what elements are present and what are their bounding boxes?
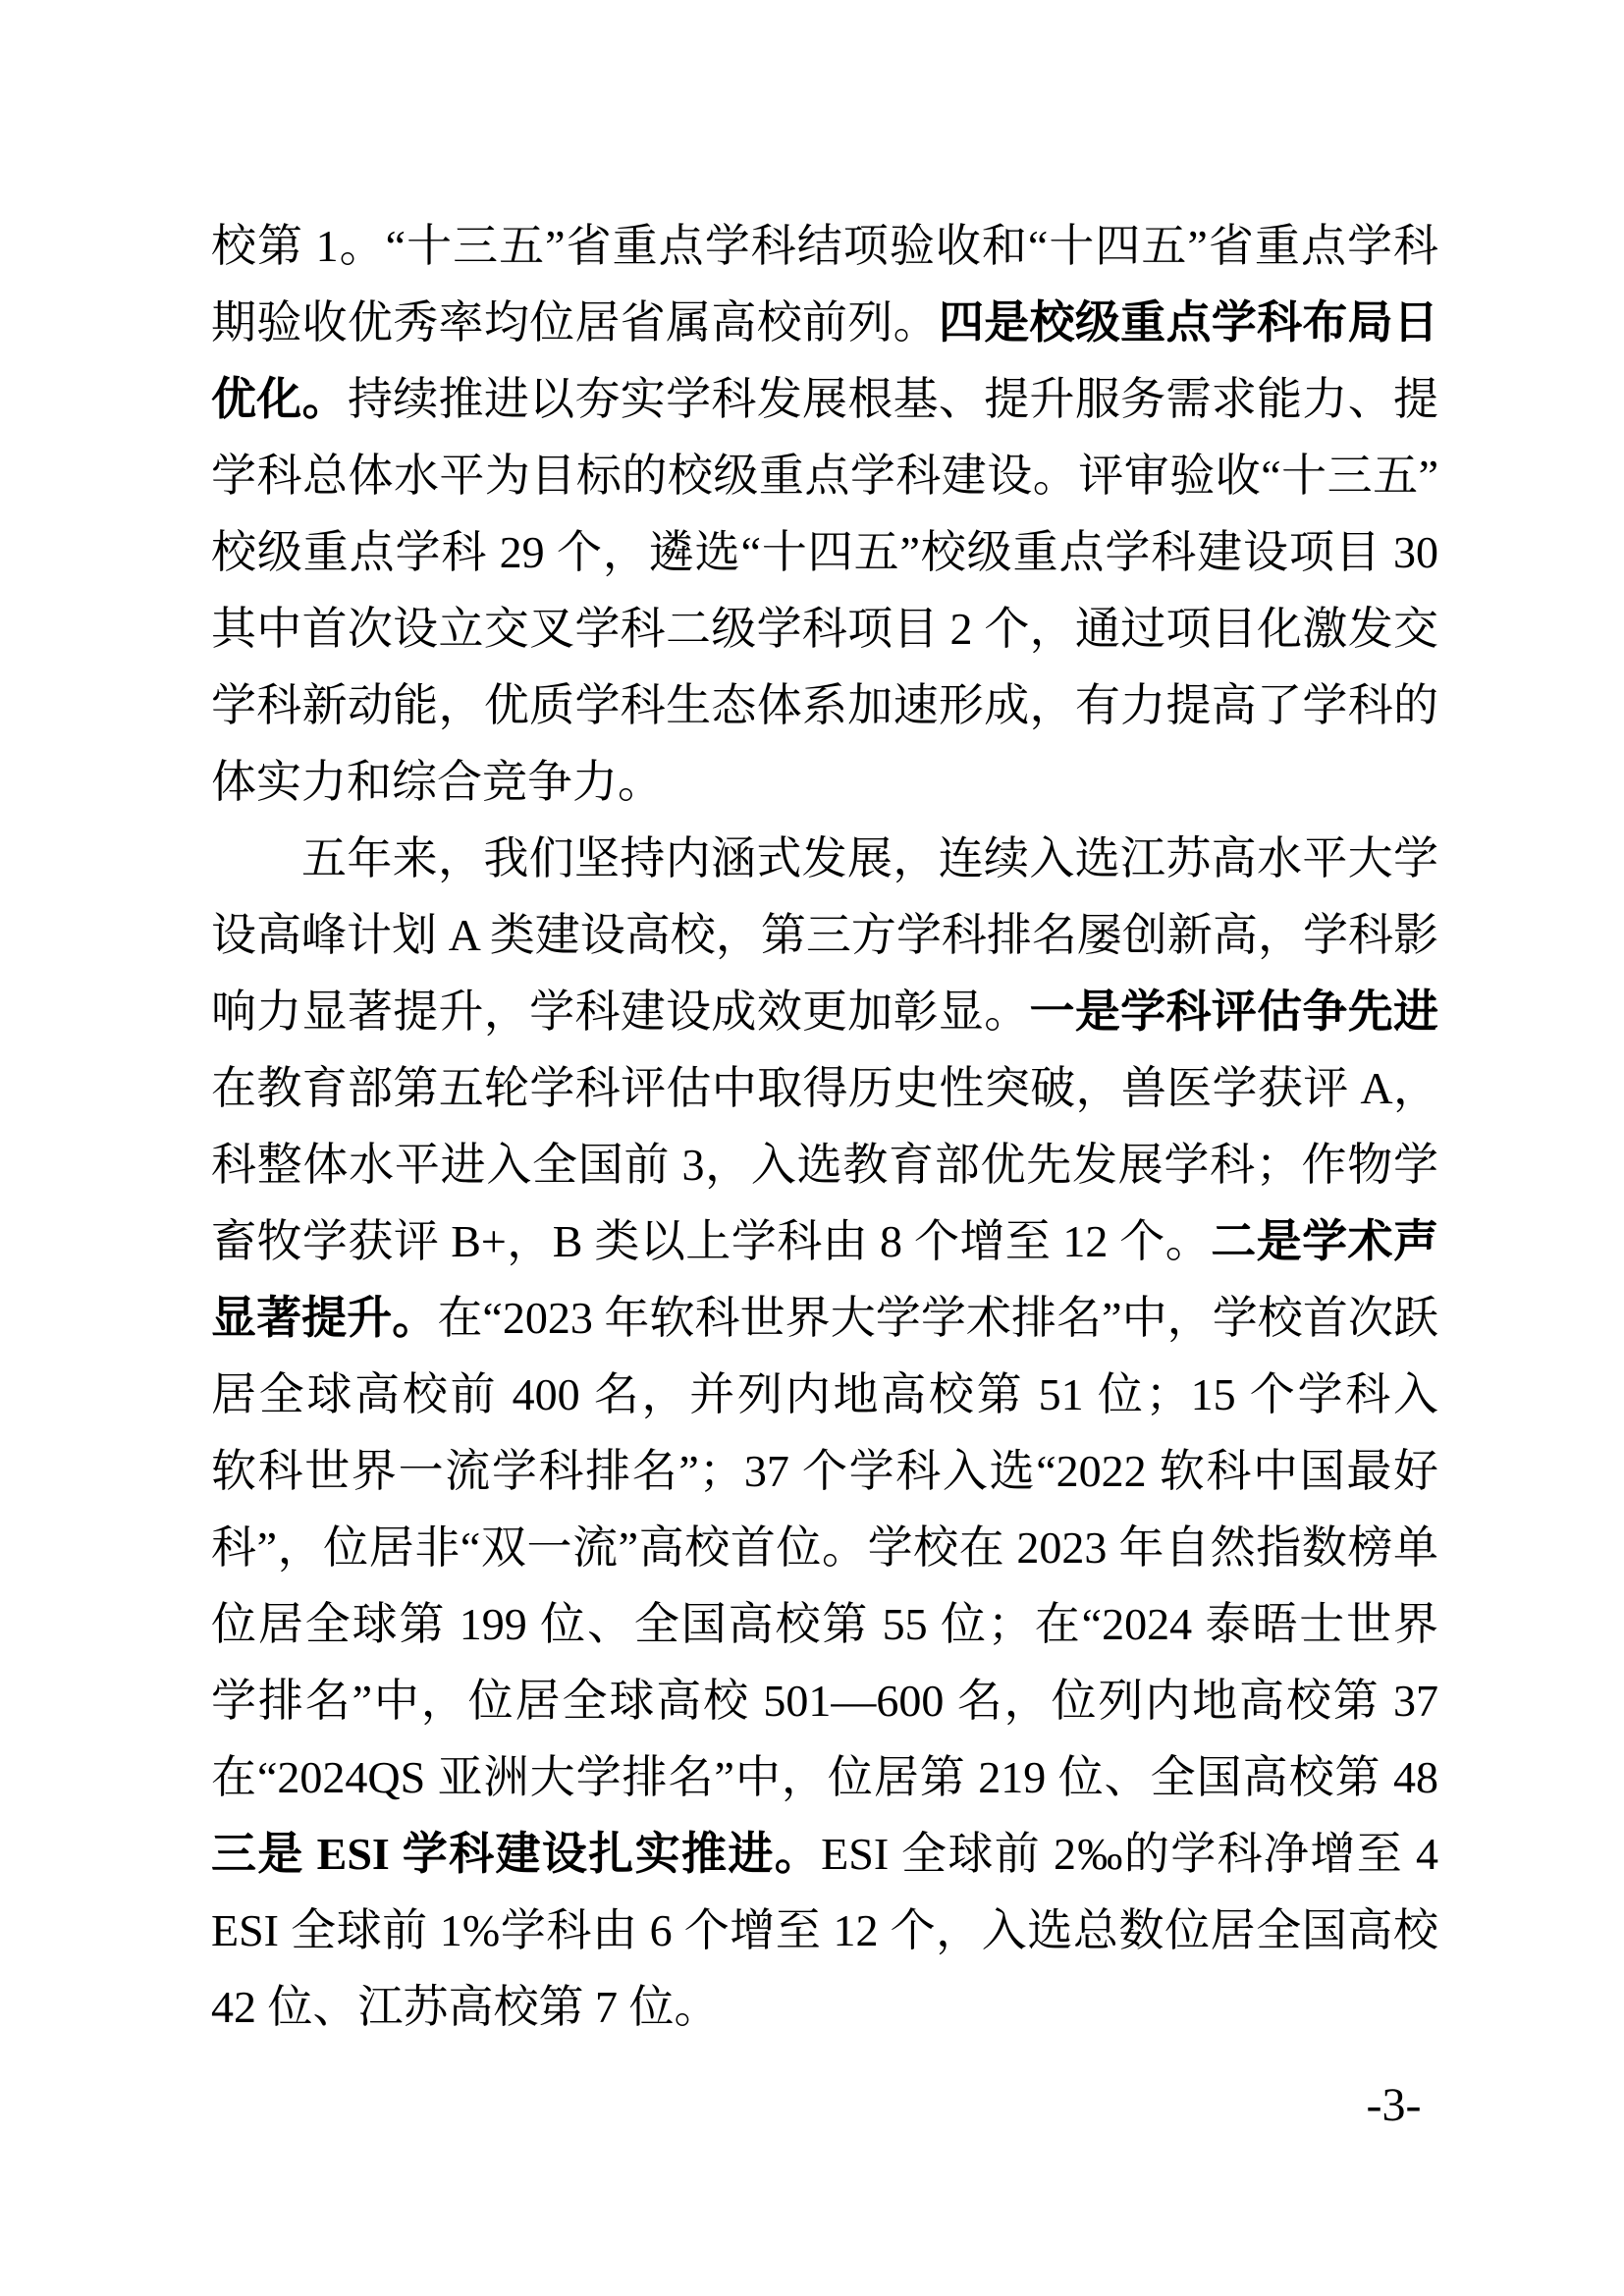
text-line: 居全球高校前 400 名，并列内地高校第 51 位；15 个学科入选“2023 <box>211 1357 1438 1433</box>
body-text: 在教育部第五轮学科评估中取得历史性突破，兽医学获评 A，学 <box>211 1063 1438 1127</box>
text-line: 其中首次设立交叉学科二级学科项目 2 个，通过项目化激发交叉 <box>211 591 1438 667</box>
text-line: 在教育部第五轮学科评估中取得历史性突破，兽医学获评 A，学 <box>211 1050 1438 1127</box>
text-line: 响力显著提升，学科建设成效更加彰显。一是学科评估争先进位。 <box>211 974 1438 1050</box>
text-line: ESI 全球前 1%学科由 6 个增至 12 个，入选总数位居全国高校第 <box>211 1893 1438 1969</box>
document-body: 校第 1。“十三五”省重点学科结项验收和“十四五”省重点学科中期验收优秀率均位居… <box>211 208 1438 2046</box>
body-text: 五年来，我们坚持内涵式发展，连续入选江苏高水平大学建 <box>211 833 1438 897</box>
body-text: 校级重点学科 29 个，遴选“十四五”校级重点学科建设项目 30 个， <box>211 527 1438 591</box>
text-line: 校第 1。“十三五”省重点学科结项验收和“十四五”省重点学科中 <box>211 208 1438 285</box>
text-line: 畜牧学获评 B+，B 类以上学科由 8 个增至 12 个。二是学术声誉 <box>211 1203 1438 1280</box>
body-text: 在“2023 年软科世界大学学术排名”中，学校首次跃 <box>437 1293 1438 1343</box>
text-line: 校级重点学科 29 个，遴选“十四五”校级重点学科建设项目 30 个， <box>211 514 1438 591</box>
text-line: 科整体水平进入全国前 3，入选教育部优先发展学科；作物学和 <box>211 1127 1438 1203</box>
body-text: 软科世界一流学科排名”；37 个学科入选“2022 软科中国最好学 <box>211 1446 1438 1510</box>
body-text: 42 位、江苏高校第 7 位。 <box>211 1982 720 2032</box>
text-line: 在“2024QS 亚洲大学排名”中，位居第 219 位、全国高校第 48 位。 <box>211 1739 1438 1816</box>
body-text: 学科新动能，优质学科生态体系加速形成，有力提高了学科的整 <box>211 680 1438 744</box>
body-text: 响力显著提升，学科建设成效更加彰显。 <box>211 987 1030 1037</box>
text-line: 五年来，我们坚持内涵式发展，连续入选江苏高水平大学建 <box>211 821 1438 897</box>
body-text: 在“2024QS 亚洲大学排名”中，位居第 219 位、全国高校第 48 位。 <box>211 1752 1438 1816</box>
body-text: 持续推进以夯实学科发展根基、提升服务需求能力、提升 <box>211 374 1438 438</box>
text-line: 设高峰计划 A 类建设高校，第三方学科排名屡创新高，学科影 <box>211 897 1438 974</box>
body-text: 其中首次设立交叉学科二级学科项目 2 个，通过项目化激发交叉 <box>211 604 1438 667</box>
text-line: 显著提升。在“2023 年软科世界大学学术排名”中，学校首次跃 <box>211 1280 1438 1357</box>
body-text: 校第 1。“十三五”省重点学科结项验收和“十四五”省重点学科中 <box>211 221 1438 285</box>
text-line: 软科世界一流学科排名”；37 个学科入选“2022 软科中国最好学 <box>211 1433 1438 1510</box>
body-text: ESI 全球前 1%学科由 6 个增至 12 个，入选总数位居全国高校第 <box>211 1905 1438 1969</box>
text-line: 学排名”中，位居全球高校 501—600 名，位列内地高校第 37 位； <box>211 1663 1438 1739</box>
text-line: 学科新动能，优质学科生态体系加速形成，有力提高了学科的整 <box>211 667 1438 744</box>
body-text: 期验收优秀率均位居省属高校前列。 <box>211 297 939 347</box>
text-line: 学科总体水平为目标的校级重点学科建设。评审验收“十三五” <box>211 438 1438 514</box>
text-line: 优化。持续推进以夯实学科发展根基、提升服务需求能力、提升 <box>211 361 1438 438</box>
text-line: 科”，位居非“双一流”高校首位。学校在 2023 年自然指数榜单中， <box>211 1510 1438 1586</box>
body-text: 居全球高校前 400 名，并列内地高校第 51 位；15 个学科入选“2023 <box>211 1369 1438 1433</box>
body-text: 科整体水平进入全国前 3，入选教育部优先发展学科；作物学和 <box>211 1140 1438 1203</box>
body-text: 学科总体水平为目标的校级重点学科建设。评审验收“十三五” <box>211 451 1438 501</box>
body-text: 学排名”中，位居全球高校 501—600 名，位列内地高校第 37 位； <box>211 1676 1438 1739</box>
text-line: 42 位、江苏高校第 7 位。 <box>211 1969 1438 2046</box>
emphasis-text: 三是 ESI 学科建设扎实推进。 <box>211 1829 821 1879</box>
emphasis-text: 优化。 <box>211 374 348 424</box>
body-text: 科”，位居非“双一流”高校首位。学校在 2023 年自然指数榜单中， <box>211 1522 1438 1586</box>
body-text: 位居全球第 199 位、全国高校第 55 位；在“2024 泰晤士世界大 <box>211 1599 1438 1663</box>
page-number: -3- <box>1347 2073 1440 2138</box>
body-text: 设高峰计划 A 类建设高校，第三方学科排名屡创新高，学科影 <box>211 910 1438 960</box>
emphasis-text: 显著提升。 <box>211 1293 437 1343</box>
text-line: 位居全球第 199 位、全国高校第 55 位；在“2024 泰晤士世界大 <box>211 1586 1438 1663</box>
text-line: 期验收优秀率均位居省属高校前列。四是校级重点学科布局日趋 <box>211 285 1438 361</box>
text-line: 三是 ESI 学科建设扎实推进。ESI 全球前 2‰的学科净增至 4 个。 <box>211 1816 1438 1893</box>
text-line: 体实力和综合竞争力。 <box>211 744 1438 821</box>
document-page: 校第 1。“十三五”省重点学科结项验收和“十四五”省重点学科中期验收优秀率均位居… <box>0 0 1624 2296</box>
body-text: 畜牧学获评 B+，B 类以上学科由 8 个增至 12 个。 <box>211 1216 1211 1266</box>
body-text: 体实力和综合竞争力。 <box>211 757 663 807</box>
